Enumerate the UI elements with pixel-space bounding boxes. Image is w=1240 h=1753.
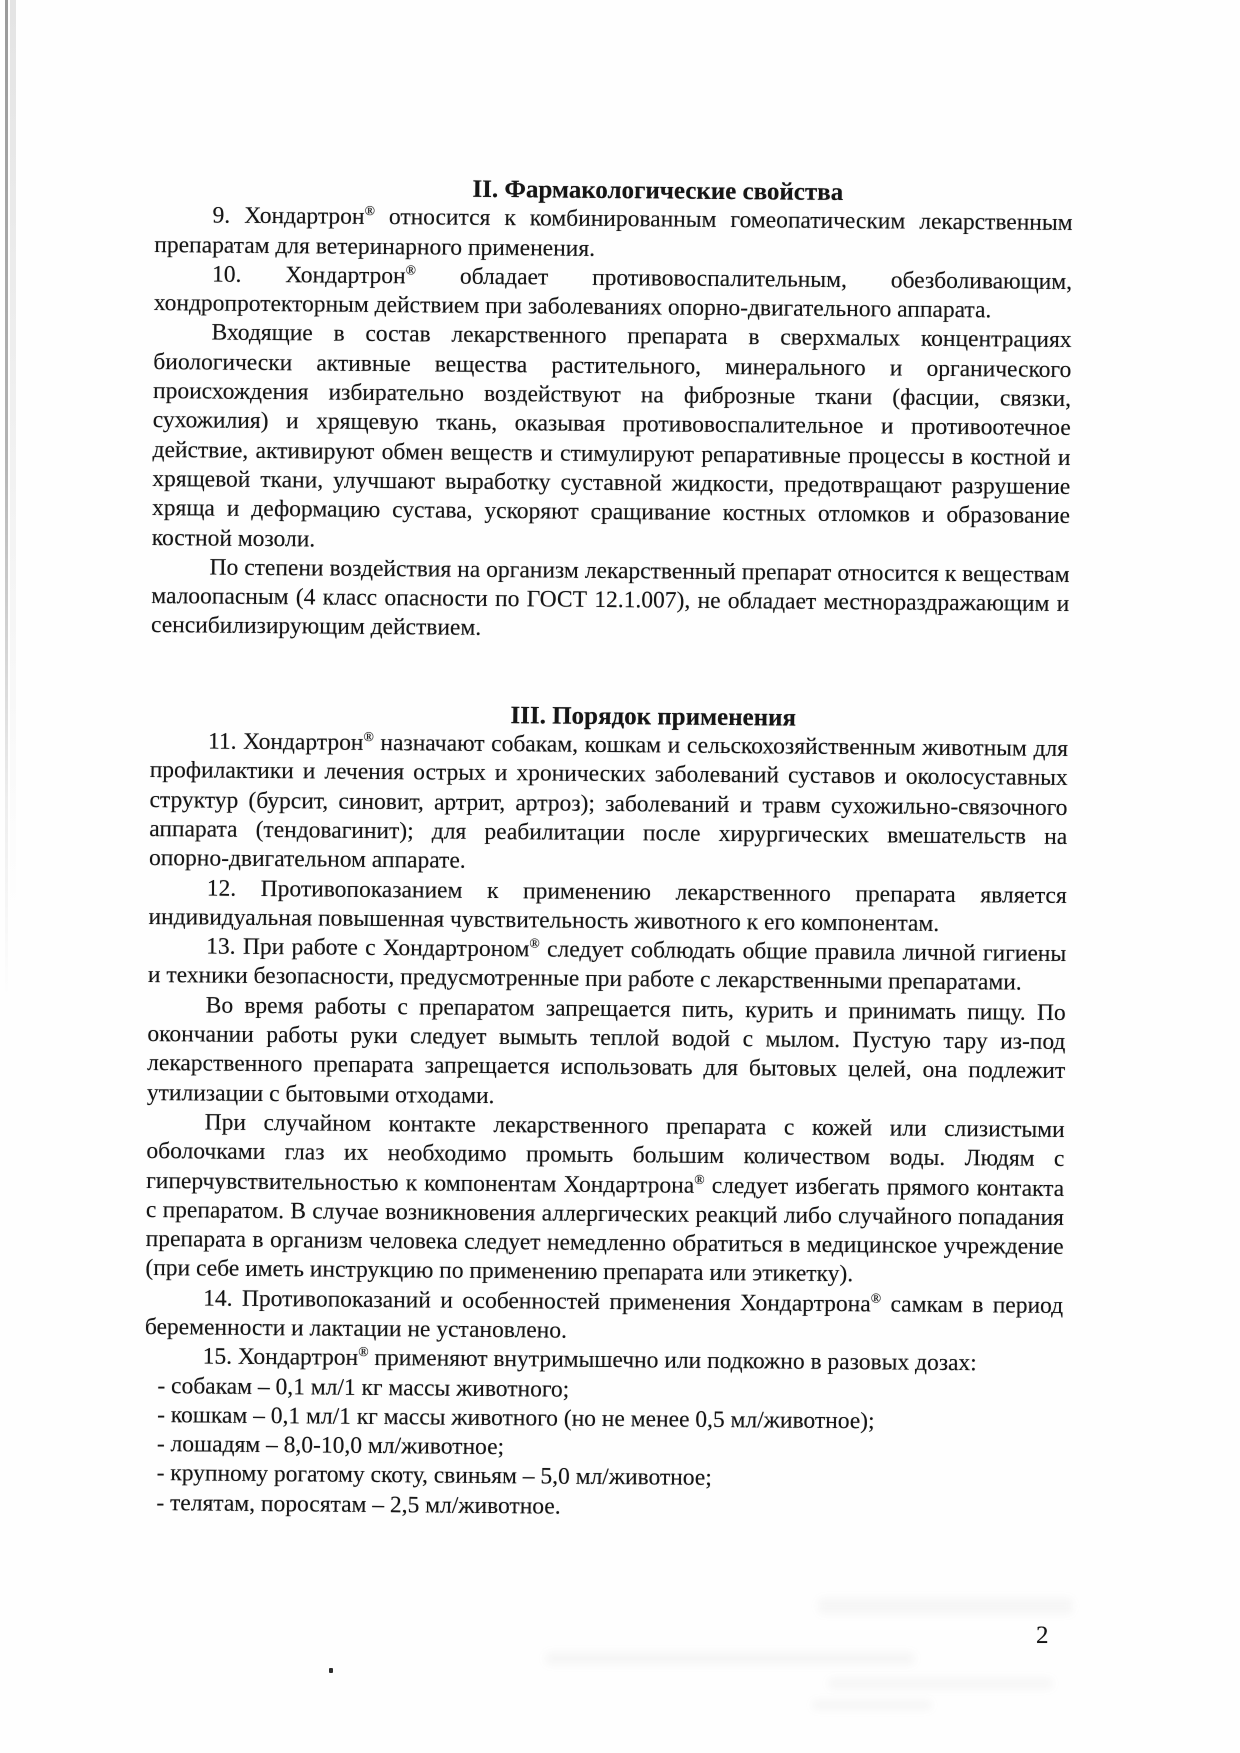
paragraph-13: 13. При работе с Хондартроном® следует с… bbox=[148, 932, 1066, 999]
paragraph-14: 14. Противопоказаний и особенностей прим… bbox=[145, 1284, 1063, 1351]
paragraph-hazard-class: По степени воздействия на организм лекар… bbox=[151, 553, 1070, 649]
paragraph-composition: Входящие в состав лекарственного препара… bbox=[152, 318, 1072, 560]
paragraph-10: 10. Хондартрон® обладает противовоспалит… bbox=[154, 260, 1072, 327]
scan-smudge bbox=[828, 1678, 1053, 1689]
paragraph-accidental-contact: При случайном контакте лекарственного пр… bbox=[145, 1108, 1064, 1292]
paragraph-12: 12. Противопоказанием к применению лекар… bbox=[148, 874, 1066, 941]
page-number: 2 bbox=[1036, 1622, 1049, 1650]
page-content: II. Фармакологические свойства 9. Хондар… bbox=[143, 172, 1073, 1526]
document-page: II. Фармакологические свойства 9. Хондар… bbox=[0, 0, 1240, 1753]
scan-edge-artifact-light bbox=[10, 0, 16, 920]
scan-edge-artifact bbox=[5, 0, 8, 1000]
paragraph-9: 9. Хондартрон® относится к комбинированн… bbox=[154, 201, 1072, 268]
scan-smudge bbox=[812, 1700, 932, 1710]
dose-list: - собакам – 0,1 мл/1 кг массы животного;… bbox=[143, 1372, 1062, 1526]
paragraph-11: 11. Хондартрон® назначают собакам, кошка… bbox=[149, 727, 1068, 881]
ink-speck bbox=[329, 1668, 333, 1673]
scan-smudge bbox=[545, 1652, 915, 1665]
scan-smudge bbox=[818, 1598, 1073, 1614]
paragraph-work-safety: Во время работы с препаратом запрещается… bbox=[147, 991, 1066, 1116]
